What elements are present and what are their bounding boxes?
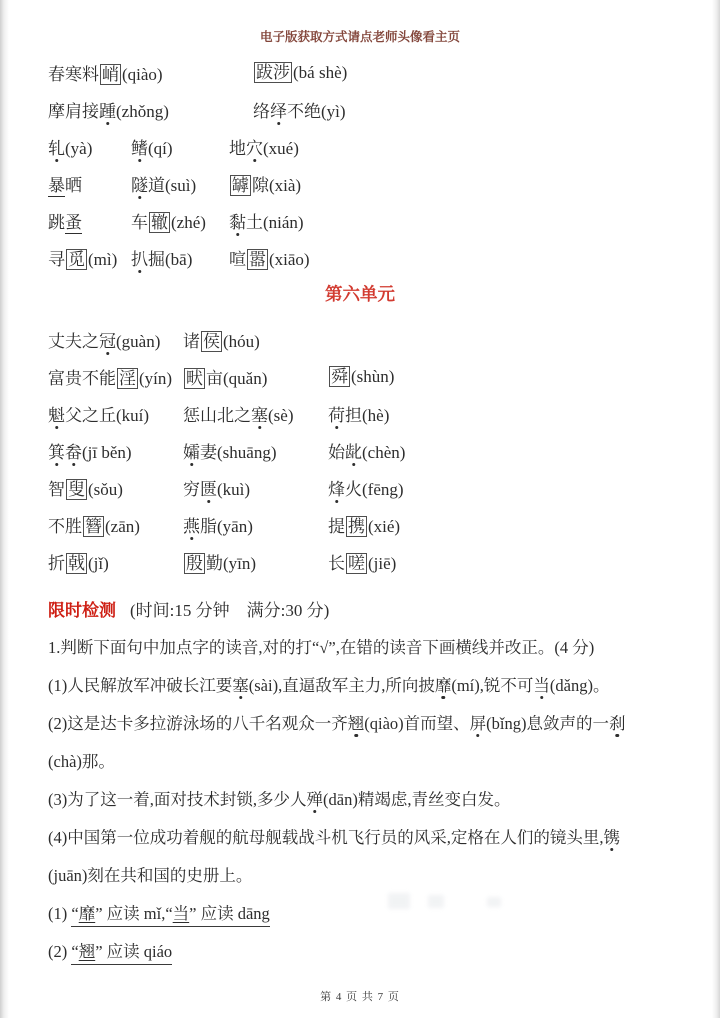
vocab-item: 暴晒 [48, 171, 131, 196]
vocab-item: 春寒料峭(qiào) [48, 60, 253, 85]
vocab-row: 魁父之丘(kuí)惩山北之塞(sè)荷担(hè) [0, 395, 720, 432]
text-segment: 跳 [48, 213, 65, 232]
emphasis-dot-character: 冠 [99, 332, 116, 351]
vocab-row: 丈夫之冠(guàn)诸侯(hóu) [0, 321, 720, 358]
emphasis-dot-character: 鳍 [131, 139, 148, 158]
text-segment: (qí) [148, 139, 173, 158]
question-line-1: (1)人民解放军冲破长江要塞(sài),直逼敌军主力,所向披靡(mí),锐不可当… [0, 667, 720, 705]
text-segment: ” 应读 dāng [189, 904, 270, 927]
text-segment: 摩肩接 [48, 102, 99, 121]
text-segment: 春寒料 [48, 65, 99, 84]
vocab-item: 地穴(xué) [229, 134, 720, 159]
text-segment: (bá shè) [293, 63, 347, 82]
text-segment: (shùn) [351, 367, 394, 386]
vocab-item: 燕脂(yān) [183, 512, 328, 537]
emphasis-dot-character: 畚 [65, 443, 82, 462]
text-segment: 脂(yān) [200, 517, 253, 536]
question-line-4: (3)为了这一着,面对技术封锁,多少人殚(dān)精竭虑,青丝变白发。 [0, 781, 720, 819]
text-segment: ” 应读 mǐ, [95, 904, 165, 927]
vocab-item: 络绎不绝(yì) [253, 97, 720, 122]
text-segment: 寻 [48, 250, 65, 269]
vocab-item: 折戟(jǐ) [48, 549, 183, 574]
emphasis-dot-character: 绎 [270, 102, 287, 121]
vocab-row: 智叟(sǒu)穷匮(kuì)烽火(fēng) [0, 469, 720, 506]
text-segment: (zhǒng) [116, 102, 169, 121]
boxed-character: 嚣 [247, 249, 268, 270]
boxed-character: 侯 [201, 331, 222, 352]
vocab-item: 不胜簪(zān) [48, 512, 183, 537]
text-segment: (zān) [105, 517, 140, 536]
text-segment: (sài),直逼敌军主力,所向披 [249, 676, 435, 695]
vocab-item: 丈夫之冠(guàn) [48, 327, 183, 352]
vocab-item: 殷勤(yīn) [183, 549, 328, 574]
text-segment: 暴 [48, 176, 65, 197]
text-segment: (4)中国第一位成功着舰的航母舰载战斗机飞行员的风采,定格在人们的镜头里, [48, 828, 604, 847]
text-segment: (xiāo) [269, 250, 310, 269]
text-segment: (zhé) [171, 213, 206, 232]
boxed-character: 簪 [83, 516, 104, 537]
question-line-6: (juān)刻在共和国的史册上。 [0, 857, 720, 895]
text-segment: (hóu) [223, 332, 260, 351]
text-segment: 富贵不能 [48, 369, 116, 388]
emphasis-dot-character: 屏 [470, 714, 487, 733]
emphasis-dot-character: 隧 [131, 176, 148, 195]
timed-test-meta: (时间:15 分钟 满分:30 分) [130, 601, 329, 620]
answer-line-1: (1) “靡” 应读 mǐ,“当” 应读 dāng [0, 895, 720, 933]
vocab-item: 跳蚤 [48, 208, 131, 233]
text-segment: (chèn) [362, 443, 405, 462]
boxed-character: 舜 [329, 366, 350, 387]
text-segment: (chà)那。 [48, 752, 115, 771]
vocab-item: 鳍(qí) [131, 134, 229, 159]
text-segment: 火(fēng) [345, 480, 404, 499]
question-line-2: (2)这是达卡多拉游泳场的八千名观众一齐翘(qiào)首而望、屏(bǐng)息敛… [0, 705, 720, 743]
emphasis-dot-character: 轧 [48, 139, 65, 158]
text-segment: 晒 [65, 176, 82, 195]
text-segment: “ [165, 904, 172, 927]
text-segment: (guàn) [116, 332, 160, 351]
emphasis-dot-character: 燕 [183, 517, 200, 536]
text-segment: (yín) [139, 369, 172, 388]
text-segment: (1) [48, 904, 71, 923]
vocab-item: 跋涉(bá shè) [253, 62, 720, 83]
vocab-item: 扒掘(bā) [131, 245, 229, 270]
vocab-item: 喧嚣(xiāo) [229, 245, 720, 270]
emphasis-dot-character: 龀 [345, 443, 362, 462]
text-segment: (xué) [263, 139, 299, 158]
page-footer: 第 4 页 共 7 页 [0, 988, 720, 1004]
text-segment: (2) [48, 942, 71, 961]
text-segment: 喧 [229, 250, 246, 269]
question-1-intro: 1.判断下面句中加点字的读音,对的打“√”,在错的读音下画横线并改正。(4 分) [0, 629, 720, 667]
boxed-character: 戟 [66, 553, 87, 574]
text-segment: (mì) [88, 250, 117, 269]
vocab-item: 摩肩接踵(zhǒng) [48, 97, 253, 122]
vocab-row: 跳蚤车辙(zhé)黏土(nián) [0, 202, 720, 239]
text-segment: 掘(bā) [148, 250, 192, 269]
vocab-row: 折戟(jǐ)殷勤(yīn)长嗟(jiē) [0, 543, 720, 580]
emphasis-dot-character: 踵 [99, 102, 116, 121]
text-segment: (jǐ) [88, 554, 109, 573]
question-line-5: (4)中国第一位成功着舰的航母舰载战斗机飞行员的风采,定格在人们的镜头里,镌 [0, 819, 720, 857]
vocab-row: 摩肩接踵(zhǒng)络绎不绝(yì) [0, 91, 720, 128]
text-segment: (yà) [65, 139, 92, 158]
text-segment: (juān)刻在共和国的史册上。 [48, 866, 252, 885]
vocab-item: 烽火(fēng) [328, 475, 720, 500]
text-segment: 道(suì) [148, 176, 196, 195]
vocab-row: 暴晒隧道(suì)罅隙(xià) [0, 165, 720, 202]
boxed-character: 携 [346, 516, 367, 537]
text-segment: (sǒu) [88, 480, 123, 499]
emphasis-dot-character: 黏 [229, 213, 246, 232]
text-segment: 诸 [183, 332, 200, 351]
text-segment: (kuì) [217, 480, 250, 499]
header-note: 电子版获取方式请点老师头像看主页 [0, 0, 720, 46]
text-segment: 父之丘(kuí) [65, 406, 149, 425]
emphasis-dot-character: 塞 [251, 406, 268, 425]
boxed-character: 畎 [184, 368, 205, 389]
watermark-remnant [428, 895, 444, 908]
text-segment: “ [71, 904, 78, 927]
vocab-item: 黏土(nián) [229, 208, 720, 233]
emphasis-dot-character: 魁 [48, 406, 65, 425]
text-segment: (dǎng)。 [550, 676, 610, 695]
vocab-item: 富贵不能淫(yín) [48, 364, 183, 389]
text-segment: 1.判断下面句中加点字的读音,对的打“√”,在错的读音下画横线并改正。(4 分) [48, 638, 594, 657]
text-segment: (jī běn) [82, 443, 132, 462]
vocab-item: 箕畚(jī běn) [48, 438, 183, 463]
text-segment: 靡 [79, 904, 96, 927]
vocab-item: 穷匮(kuì) [183, 475, 328, 500]
emphasis-dot-character: 箕 [48, 443, 65, 462]
vocab-row: 春寒料峭(qiào)跋涉(bá shè) [0, 54, 720, 91]
text-segment: (qiào)首而望、 [364, 714, 469, 733]
text-segment: 不胜 [48, 517, 82, 536]
timed-test-label: 限时检测 [48, 601, 116, 620]
text-segment: 智 [48, 480, 65, 499]
boxed-character: 叟 [66, 479, 87, 500]
emphasis-dot-character: 翘 [348, 714, 365, 733]
emphasis-dot-character: 烽 [328, 480, 345, 499]
vocab-item: 诸侯(hóu) [183, 327, 328, 352]
timed-test-header: 限时检测(时间:15 分钟 满分:30 分) [0, 592, 720, 629]
emphasis-dot-character: 塞 [232, 676, 249, 695]
boxed-character: 辙 [149, 212, 170, 233]
answer-line-2: (2) “翘” 应读 qiáo [0, 933, 720, 971]
emphasis-dot-character: 靡 [435, 676, 452, 695]
vocab-item: 车辙(zhé) [131, 208, 229, 233]
text-segment: 土(nián) [246, 213, 304, 232]
vocab-row: 箕畚(jī běn)孀妻(shuāng)始龀(chèn) [0, 432, 720, 469]
text-segment: 惩山北之 [183, 406, 251, 425]
vocab-grid-unit5: 春寒料峭(qiào)跋涉(bá shè)摩肩接踵(zhǒng)络绎不绝(yì)轧… [0, 54, 720, 276]
boxed-character: 嗟 [346, 553, 367, 574]
text-segment: (jiē) [368, 554, 396, 573]
text-segment: 当 [173, 904, 190, 927]
text-segment: 地 [229, 139, 246, 158]
watermark-remnant [487, 897, 501, 907]
text-segment: (mí),锐不可 [451, 676, 533, 695]
boxed-character: 淫 [117, 368, 138, 389]
vocab-item: 轧(yà) [48, 134, 131, 159]
vocab-row: 寻觅(mì)扒掘(bā)喧嚣(xiāo) [0, 239, 720, 276]
emphasis-dot-character: 刹 [609, 714, 626, 733]
vocab-item: 寻觅(mì) [48, 245, 131, 270]
text-segment: 丈夫之 [48, 332, 99, 351]
boxed-character: 峭 [100, 64, 121, 85]
text-segment: 折 [48, 554, 65, 573]
text-segment: 亩(quǎn) [206, 369, 267, 388]
vocab-item: 智叟(sǒu) [48, 475, 183, 500]
vocab-grid-unit6: 丈夫之冠(guàn)诸侯(hóu)富贵不能淫(yín)畎亩(quǎn)舜(shù… [0, 321, 720, 580]
emphasis-dot-character: 镌 [604, 828, 621, 847]
emphasis-dot-character: 匮 [200, 480, 217, 499]
emphasis-dot-character: 荷 [328, 406, 345, 425]
text-segment: 穷 [183, 480, 200, 499]
text-segment: (2)这是达卡多拉游泳场的八千名观众一齐 [48, 714, 348, 733]
text-segment: (1)人民解放军冲破长江要 [48, 676, 232, 695]
text-segment: (qiào) [122, 65, 163, 84]
text-segment: (sè) [268, 406, 293, 425]
text-segment: (dān)精竭虑,青丝变白发。 [323, 790, 510, 809]
text-segment: (xié) [368, 517, 400, 536]
boxed-character: 罅 [230, 175, 251, 196]
vocab-item: 始龀(chèn) [328, 438, 720, 463]
boxed-character: 觅 [66, 249, 87, 270]
emphasis-dot-character: 殚 [307, 790, 324, 809]
vocab-item: 荷担(hè) [328, 401, 720, 426]
text-segment: 翘 [79, 942, 96, 965]
text-segment: 勤(yīn) [206, 554, 256, 573]
watermark-remnant [388, 893, 410, 909]
text-segment: 始 [328, 443, 345, 462]
text-segment: ” 应读 qiáo [95, 942, 172, 965]
vocab-item: 罅隙(xià) [229, 171, 720, 196]
text-segment: (bǐng)息敛声的一 [486, 714, 609, 733]
emphasis-dot-character: 扒 [131, 250, 148, 269]
boxed-character: 跋涉 [254, 62, 292, 83]
text-segment: 车 [131, 213, 148, 232]
vocab-item: 长嗟(jiē) [328, 549, 720, 574]
vocab-row: 富贵不能淫(yín)畎亩(quǎn)舜(shùn) [0, 358, 720, 395]
vocab-item: 惩山北之塞(sè) [183, 401, 328, 426]
vocab-item: 舜(shùn) [328, 366, 720, 387]
vocab-item: 魁父之丘(kuí) [48, 401, 183, 426]
emphasis-dot-character: 孀 [183, 443, 200, 462]
text-segment: 提 [328, 517, 345, 536]
text-segment: 不绝(yì) [287, 102, 346, 121]
text-segment: 妻(shuāng) [200, 443, 276, 462]
document-page: 电子版获取方式请点老师头像看主页 春寒料峭(qiào)跋涉(bá shè)摩肩接… [0, 0, 720, 1018]
vocab-item: 提携(xié) [328, 512, 720, 537]
emphasis-dot-character: 穴 [246, 139, 263, 158]
text-segment: 络 [253, 102, 270, 121]
unit6-title: 第六单元 [0, 276, 720, 313]
text-segment: 隙(xià) [252, 176, 301, 195]
boxed-character: 殷 [184, 553, 205, 574]
question-line-3: (chà)那。 [0, 743, 720, 781]
vocab-item: 畎亩(quǎn) [183, 364, 328, 389]
emphasis-dot-character: 当 [533, 676, 550, 695]
vocab-row: 轧(yà)鳍(qí)地穴(xué) [0, 128, 720, 165]
text-segment: 蚤 [65, 213, 82, 234]
text-segment: (3)为了这一着,面对技术封锁,多少人 [48, 790, 307, 809]
vocab-item: 隧道(suì) [131, 171, 229, 196]
text-segment: “ [71, 942, 78, 965]
vocab-row: 不胜簪(zān)燕脂(yān)提携(xié) [0, 506, 720, 543]
text-segment: 担(hè) [345, 406, 389, 425]
vocab-item: 孀妻(shuāng) [183, 438, 328, 463]
text-segment: 长 [328, 554, 345, 573]
